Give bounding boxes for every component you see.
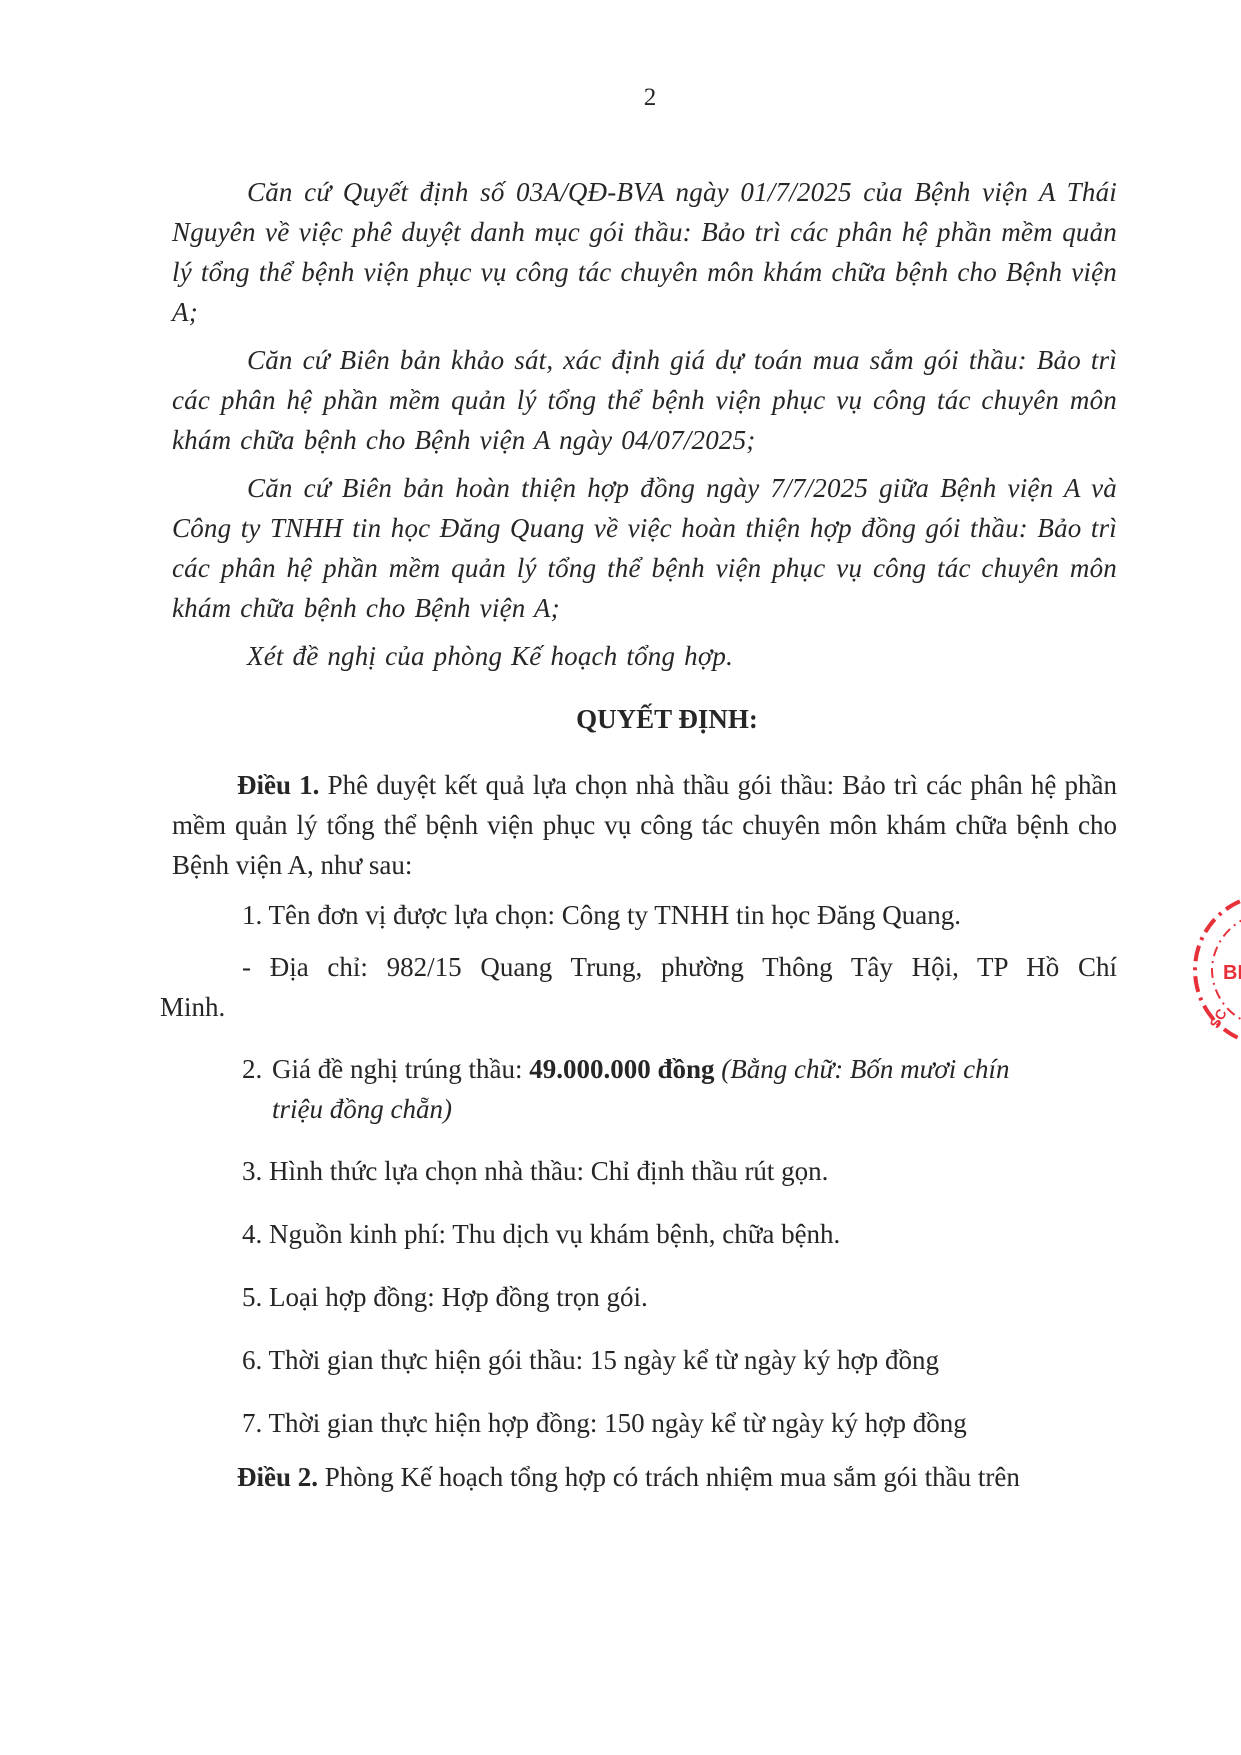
preamble-decision-ref: Căn cứ Quyết định số 03A/QĐ-BVA ngày 01/… (172, 172, 1117, 332)
item-price-words-continuation: triệu đồng chẵn) (242, 1089, 1117, 1129)
item-package-duration: 6. Thời gian thực hiện gói thầu: 15 ngày… (172, 1340, 1117, 1380)
item-contract-duration: 7. Thời gian thực hiện hợp đồng: 150 ngà… (172, 1403, 1117, 1443)
item-price-words: (Bằng chữ: Bốn mươi chín (715, 1054, 1010, 1084)
article-1: Điều 1. Phê duyệt kết quả lựa chọn nhà t… (172, 765, 1117, 885)
preamble-contract-ref: Căn cứ Biên bản hoàn thiện hợp đồng ngày… (172, 468, 1117, 628)
article-2-text: Phòng Kế hoạch tổng hợp có trách nhiệm m… (318, 1462, 1020, 1492)
item-price-label: Giá đề nghị trúng thầu: (272, 1054, 529, 1084)
item-contract-type: 5. Loại hợp đồng: Hợp đồng trọn gói. (172, 1277, 1117, 1317)
svg-text:SC: SC (1206, 1006, 1230, 1031)
page-number: 2 (0, 84, 1241, 112)
article-2: Điều 2. Phòng Kế hoạch tổng hợp có trách… (172, 1457, 1117, 1497)
decision-title: QUYẾT ĐỊNH: (172, 704, 1117, 735)
stamp-text: BỆ (1223, 960, 1241, 984)
item-address-continuation: Minh. (160, 987, 1117, 1027)
item-funding-source: 4. Nguồn kinh phí: Thu dịch vụ khám bệnh… (172, 1214, 1117, 1254)
item-price: 2.Giá đề nghị trúng thầu: 49.000.000 đồn… (172, 1049, 1117, 1129)
article-2-label: Điều 2. (237, 1462, 318, 1492)
document-body: Căn cứ Quyết định số 03A/QĐ-BVA ngày 01/… (172, 172, 1117, 1497)
item-price-number: 2. (242, 1049, 272, 1089)
preamble-proposal: Xét đề nghị của phòng Kế hoạch tổng hợp. (172, 636, 1117, 676)
item-price-value: 49.000.000 đồng (529, 1054, 714, 1084)
item-selection-method: 3. Hình thức lựa chọn nhà thầu: Chỉ định… (172, 1151, 1117, 1191)
item-address: - Địa chỉ: 982/15 Quang Trung, phường Th… (172, 947, 1117, 987)
article-1-label: Điều 1. (237, 770, 319, 800)
red-seal-stamp: BỆ SC (1175, 885, 1241, 1055)
item-contractor: 1. Tên đơn vị được lựa chọn: Công ty TNH… (172, 895, 1117, 935)
preamble-survey-ref: Căn cứ Biên bản khảo sát, xác định giá d… (172, 340, 1117, 460)
